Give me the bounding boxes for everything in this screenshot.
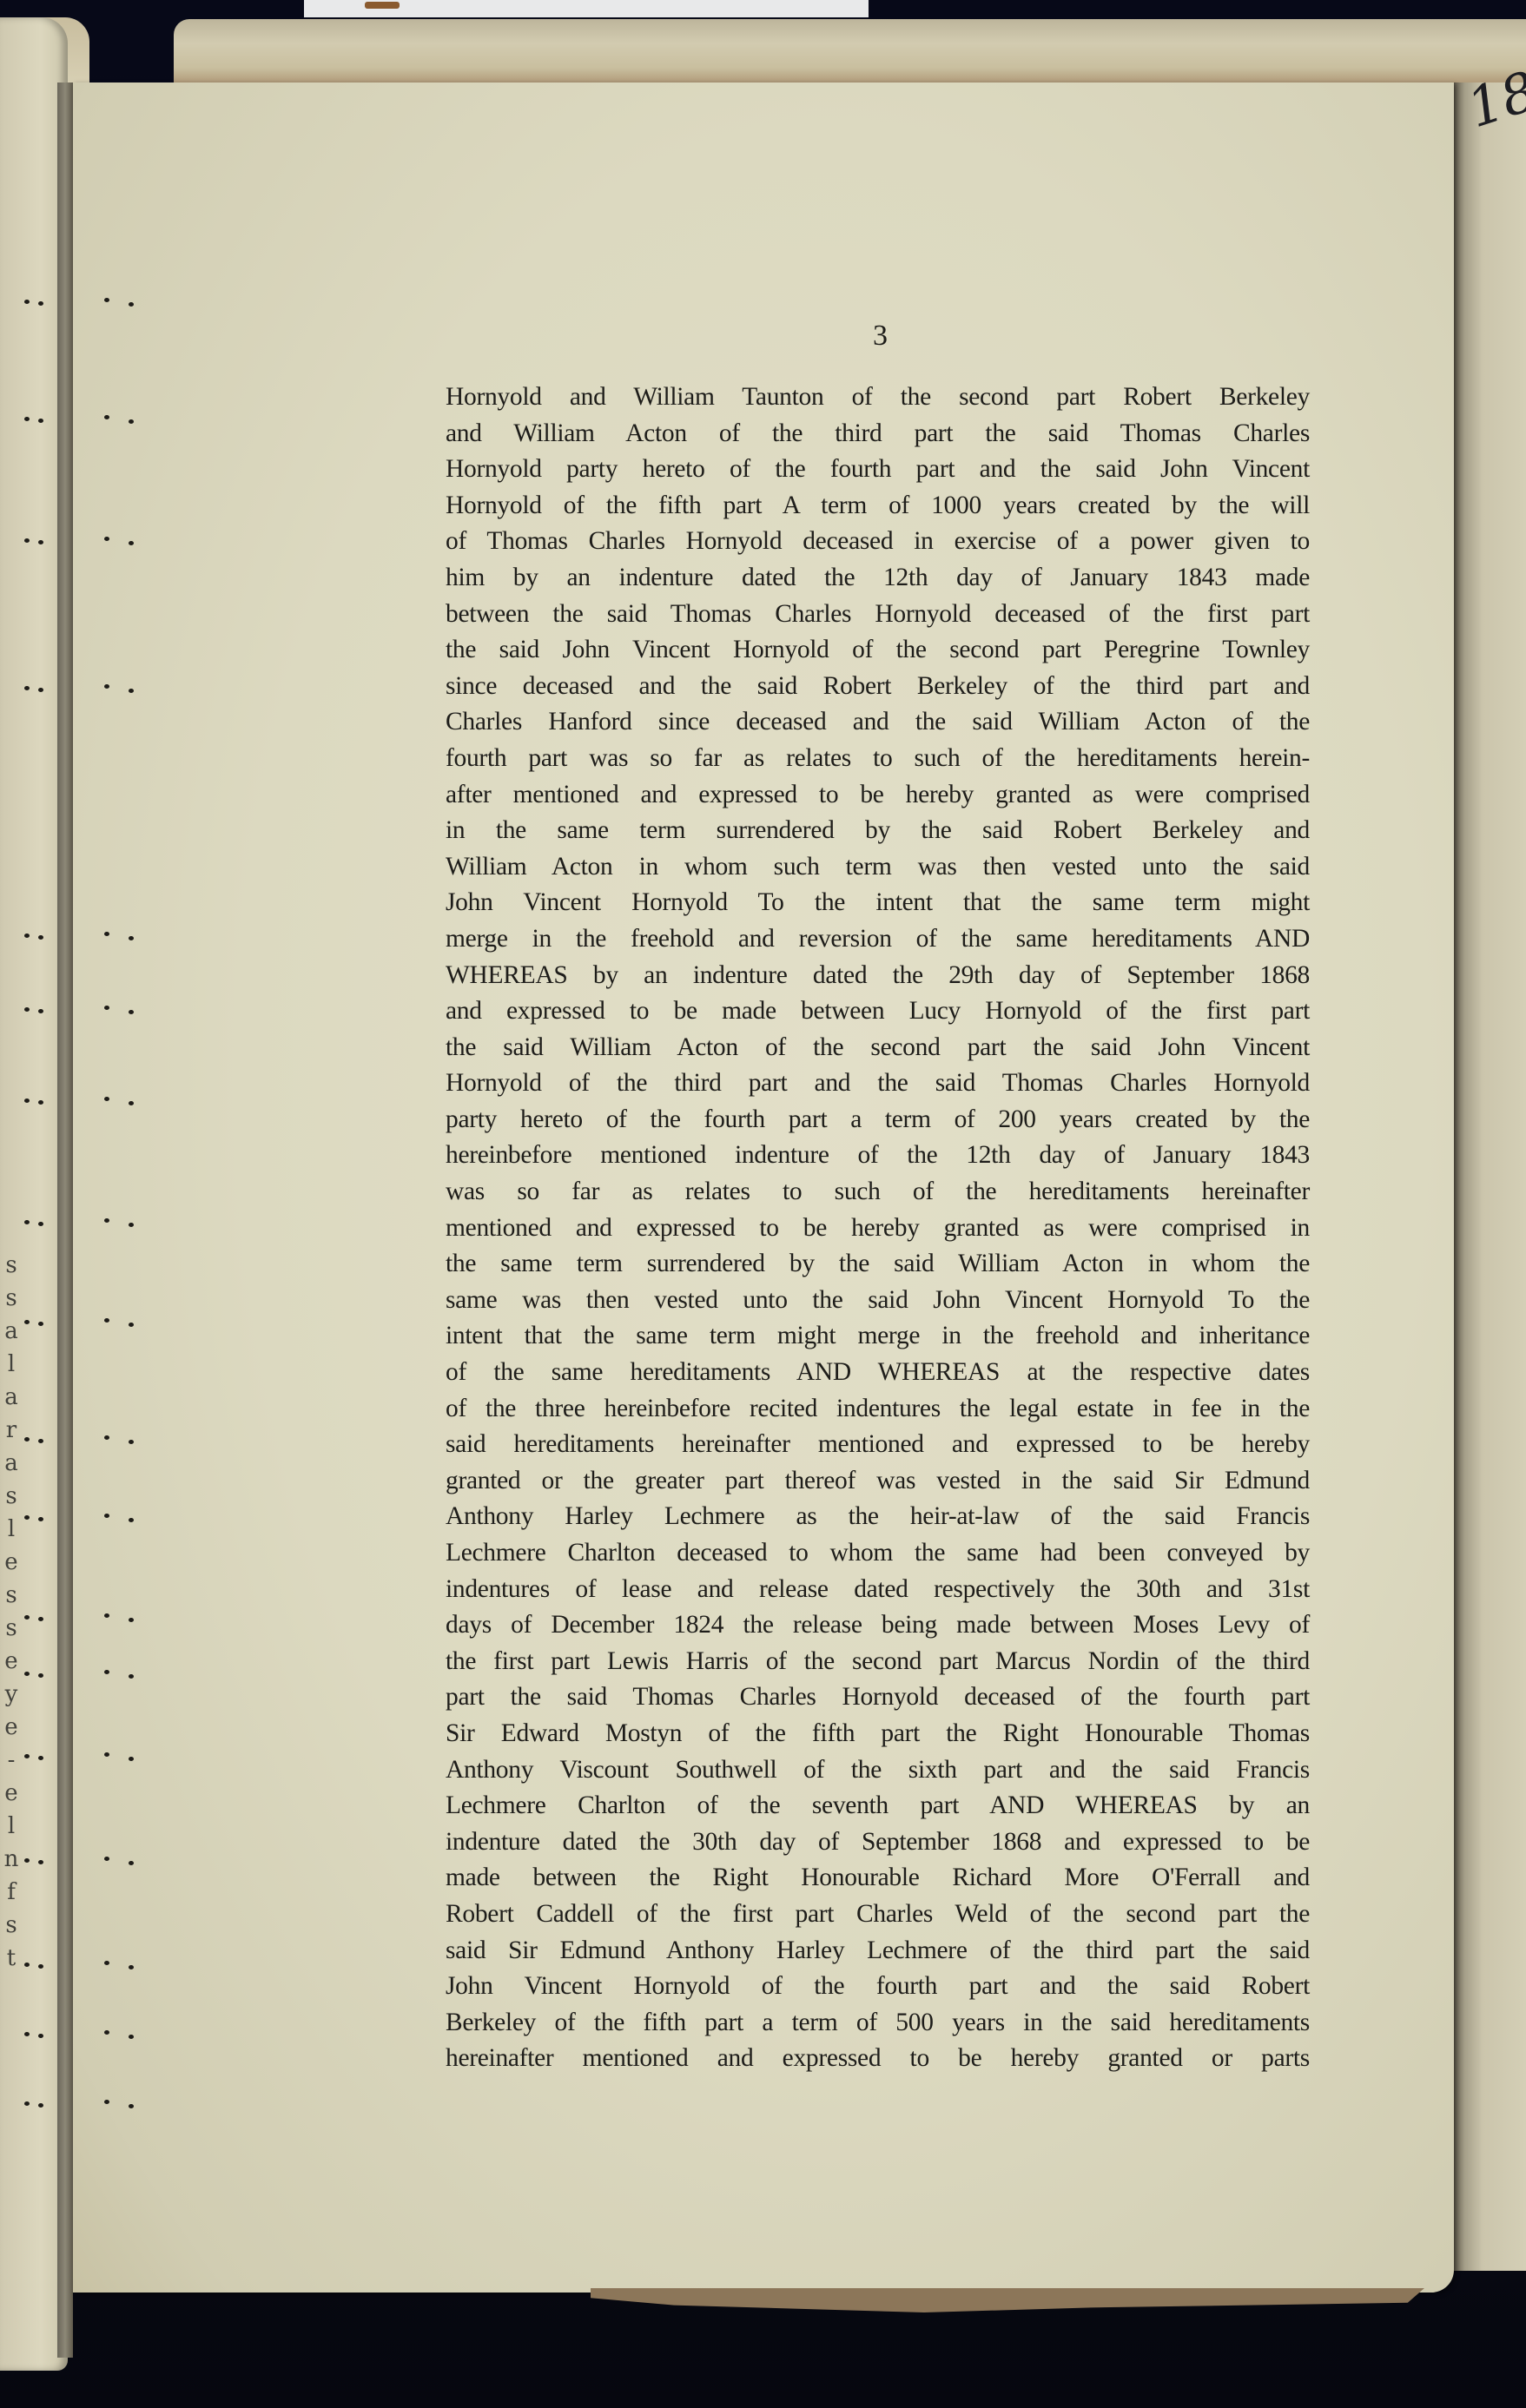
binding-hole <box>104 537 109 541</box>
binding-hole <box>129 1618 134 1622</box>
binding-hole <box>38 1673 43 1678</box>
text-line: intent that the same term might merge in… <box>446 1318 1310 1355</box>
binding-hole <box>129 1518 134 1522</box>
binding-hole <box>104 1613 109 1618</box>
binding-hole <box>24 1515 30 1520</box>
binding-hole <box>38 688 43 692</box>
text-line: indenture dated the 30th day of Septembe… <box>446 1824 1310 1861</box>
text-line: of the same hereditaments AND WHEREAS at… <box>446 1355 1310 1391</box>
text-line: same was then vested unto the said John … <box>446 1283 1310 1319</box>
text-line: him by an indenture dated the 12th day o… <box>446 560 1310 597</box>
page-stack-right-edge <box>1454 82 1526 2271</box>
letter-fragment: s <box>2 1480 21 1513</box>
text-line: WHEREAS by an indenture dated the 29th d… <box>446 958 1310 994</box>
text-line: and expressed to be made between Lucy Ho… <box>446 993 1310 1030</box>
binding-hole <box>24 538 30 543</box>
binding-hole <box>129 302 134 307</box>
letter-fragment: e <box>2 1711 21 1744</box>
text-line: after mentioned and expressed to be here… <box>446 777 1310 814</box>
binding-hole <box>24 1615 30 1620</box>
binding-hole <box>129 1674 134 1679</box>
binding-hole <box>129 1440 134 1444</box>
binding-hole <box>24 1858 30 1863</box>
text-line: of Thomas Charles Hornyold deceased in e… <box>446 524 1310 560</box>
text-line: granted or the greater part thereof was … <box>446 1463 1310 1500</box>
letter-fragment: y <box>2 1678 21 1711</box>
letter-fragment: a <box>2 1381 21 1414</box>
binding-hole <box>38 301 43 306</box>
letter-fragment: e <box>2 1777 21 1810</box>
facing-page-letter-fragments: ssalaraslesseye-elnfst <box>2 1249 21 1975</box>
binding-hole <box>104 1514 109 1518</box>
binding-hole <box>24 1963 30 1967</box>
stain-mark <box>365 2 400 9</box>
text-line: hereinbefore mentioned indenture of the … <box>446 1138 1310 1174</box>
text-line: was so far as relates to such of the her… <box>446 1174 1310 1211</box>
letter-fragment: f <box>2 1876 21 1909</box>
binding-hole <box>129 936 134 940</box>
binding-hole <box>104 1006 109 1010</box>
binding-hole <box>24 1437 30 1442</box>
binding-hole <box>38 2034 43 2038</box>
binding-hole <box>24 934 30 938</box>
binding-hole <box>129 419 134 424</box>
text-line: fourth part was so far as relates to suc… <box>446 741 1310 777</box>
binding-hole <box>104 1961 109 1965</box>
binding-hole <box>104 1857 109 1861</box>
binding-hole <box>104 298 109 302</box>
underlying-page-edge <box>174 19 1526 91</box>
text-line: John Vincent Hornyold of the fourth part… <box>446 1969 1310 2005</box>
binding-hole <box>104 932 109 936</box>
text-line: Lechmere Charlton deceased to whom the s… <box>446 1535 1310 1572</box>
binding-hole <box>24 1007 30 1012</box>
binding-hole <box>24 1220 30 1224</box>
binding-hole <box>104 2030 109 2035</box>
binding-hole <box>38 1517 43 1521</box>
binding-hole <box>104 2100 109 2104</box>
letter-fragment: n <box>2 1843 21 1876</box>
binding-hole <box>104 1670 109 1674</box>
binding-hole <box>24 417 30 421</box>
text-line: since deceased and the said Robert Berke… <box>446 669 1310 705</box>
letter-fragment: l <box>2 1810 21 1843</box>
deed-body-text: Hornyold and William Taunton of the seco… <box>446 379 1310 2077</box>
binding-hole <box>24 1098 30 1103</box>
binding-hole <box>38 1439 43 1443</box>
text-line: merge in the freehold and reversion of t… <box>446 921 1310 958</box>
book-gutter <box>57 82 73 2358</box>
text-line: in the same term surrendered by the said… <box>446 813 1310 849</box>
binding-hole <box>104 684 109 689</box>
binding-hole <box>104 1097 109 1101</box>
binding-hole <box>38 1964 43 1969</box>
binding-hole <box>129 1223 134 1227</box>
text-line: said Sir Edmund Anthony Harley Lechmere … <box>446 1933 1310 1969</box>
binding-hole <box>129 1010 134 1014</box>
letter-fragment: s <box>2 1612 21 1645</box>
text-line: made between the Right Honourable Richar… <box>446 1860 1310 1897</box>
text-line: part the said Thomas Charles Hornyold de… <box>446 1679 1310 1716</box>
letter-fragment: e <box>2 1645 21 1678</box>
text-line: Hornyold and William Taunton of the seco… <box>446 379 1310 416</box>
binding-hole <box>104 415 109 419</box>
text-line: Anthony Viscount Southwell of the sixth … <box>446 1752 1310 1789</box>
text-line: Lechmere Charlton of the seventh part AN… <box>446 1788 1310 1824</box>
text-line: hereinafter mentioned and expressed to b… <box>446 2041 1310 2077</box>
binding-hole <box>24 686 30 690</box>
text-line: said hereditaments hereinafter mentioned… <box>446 1427 1310 1463</box>
binding-hole <box>38 1009 43 1013</box>
text-line: party hereto of the fourth part a term o… <box>446 1102 1310 1138</box>
binding-hole <box>129 2035 134 2039</box>
letter-fragment: s <box>2 1579 21 1612</box>
binding-hole <box>129 541 134 545</box>
binding-hole <box>24 1672 30 1676</box>
page-number: 3 <box>0 320 1526 353</box>
letter-fragment: a <box>2 1315 21 1348</box>
binding-hole <box>38 419 43 423</box>
binding-hole <box>129 1757 134 1761</box>
letter-fragment: s <box>2 1282 21 1315</box>
letter-fragment: l <box>2 1513 21 1546</box>
text-line: John Vincent Hornyold To the intent that… <box>446 885 1310 921</box>
binding-hole <box>38 935 43 940</box>
binding-hole <box>38 1617 43 1621</box>
text-line: Hornyold of the fifth part A term of 100… <box>446 488 1310 524</box>
binding-hole <box>104 1752 109 1757</box>
letter-fragment: s <box>2 1249 21 1282</box>
binding-hole <box>38 1860 43 1864</box>
binding-hole <box>129 1101 134 1105</box>
binding-hole <box>129 2104 134 2108</box>
text-line: Hornyold of the third part and the said … <box>446 1065 1310 1102</box>
text-line: mentioned and expressed to be hereby gra… <box>446 1211 1310 1247</box>
binding-hole <box>24 1754 30 1758</box>
binding-hole <box>38 540 43 544</box>
binding-hole <box>104 1318 109 1323</box>
text-line: William Acton in whom such term was then… <box>446 849 1310 886</box>
letter-fragment: t <box>2 1942 21 1975</box>
binding-hole <box>104 1435 109 1440</box>
text-line: Charles Hanford since deceased and the s… <box>446 704 1310 741</box>
text-line: and William Acton of the third part the … <box>446 416 1310 452</box>
binding-hole <box>38 1756 43 1760</box>
text-line: the same term surrendered by the said Wi… <box>446 1246 1310 1283</box>
binding-hole <box>24 2032 30 2036</box>
text-line: of the three hereinbefore recited indent… <box>446 1391 1310 1428</box>
text-line: indentures of lease and release dated re… <box>446 1572 1310 1608</box>
letter-fragment: e <box>2 1546 21 1579</box>
binding-hole <box>129 689 134 693</box>
text-line: the said John Vincent Hornyold of the se… <box>446 632 1310 669</box>
text-line: between the said Thomas Charles Hornyold… <box>446 597 1310 633</box>
text-line: the first part Lewis Harris of the secon… <box>446 1644 1310 1680</box>
text-line: days of December 1824 the release being … <box>446 1607 1310 1644</box>
binding-hole <box>24 300 30 304</box>
binding-hole <box>38 1100 43 1105</box>
binding-hole <box>129 1965 134 1969</box>
binding-hole <box>129 1861 134 1865</box>
letter-fragment: - <box>2 1744 21 1777</box>
binding-hole <box>24 2101 30 2106</box>
text-line: Anthony Harley Lechmere as the heir-at-l… <box>446 1499 1310 1535</box>
binding-hole <box>38 1222 43 1226</box>
letter-fragment: l <box>2 1348 21 1381</box>
binding-hole <box>104 1218 109 1223</box>
binding-hole <box>38 2103 43 2108</box>
text-line: Sir Edward Mostyn of the fifth part the … <box>446 1716 1310 1752</box>
text-line: the said William Acton of the second par… <box>446 1030 1310 1066</box>
binding-hole <box>38 1322 43 1326</box>
binding-hole <box>129 1323 134 1327</box>
binding-hole <box>24 1320 30 1324</box>
text-line: Berkeley of the fifth part a term of 500… <box>446 2005 1310 2042</box>
letter-fragment: s <box>2 1909 21 1942</box>
letter-fragment: r <box>2 1414 21 1447</box>
letter-fragment: a <box>2 1447 21 1480</box>
paper-tag-strip <box>304 0 869 17</box>
text-line: Robert Caddell of the first part Charles… <box>446 1897 1310 1933</box>
text-line: Hornyold party hereto of the fourth part… <box>446 452 1310 488</box>
